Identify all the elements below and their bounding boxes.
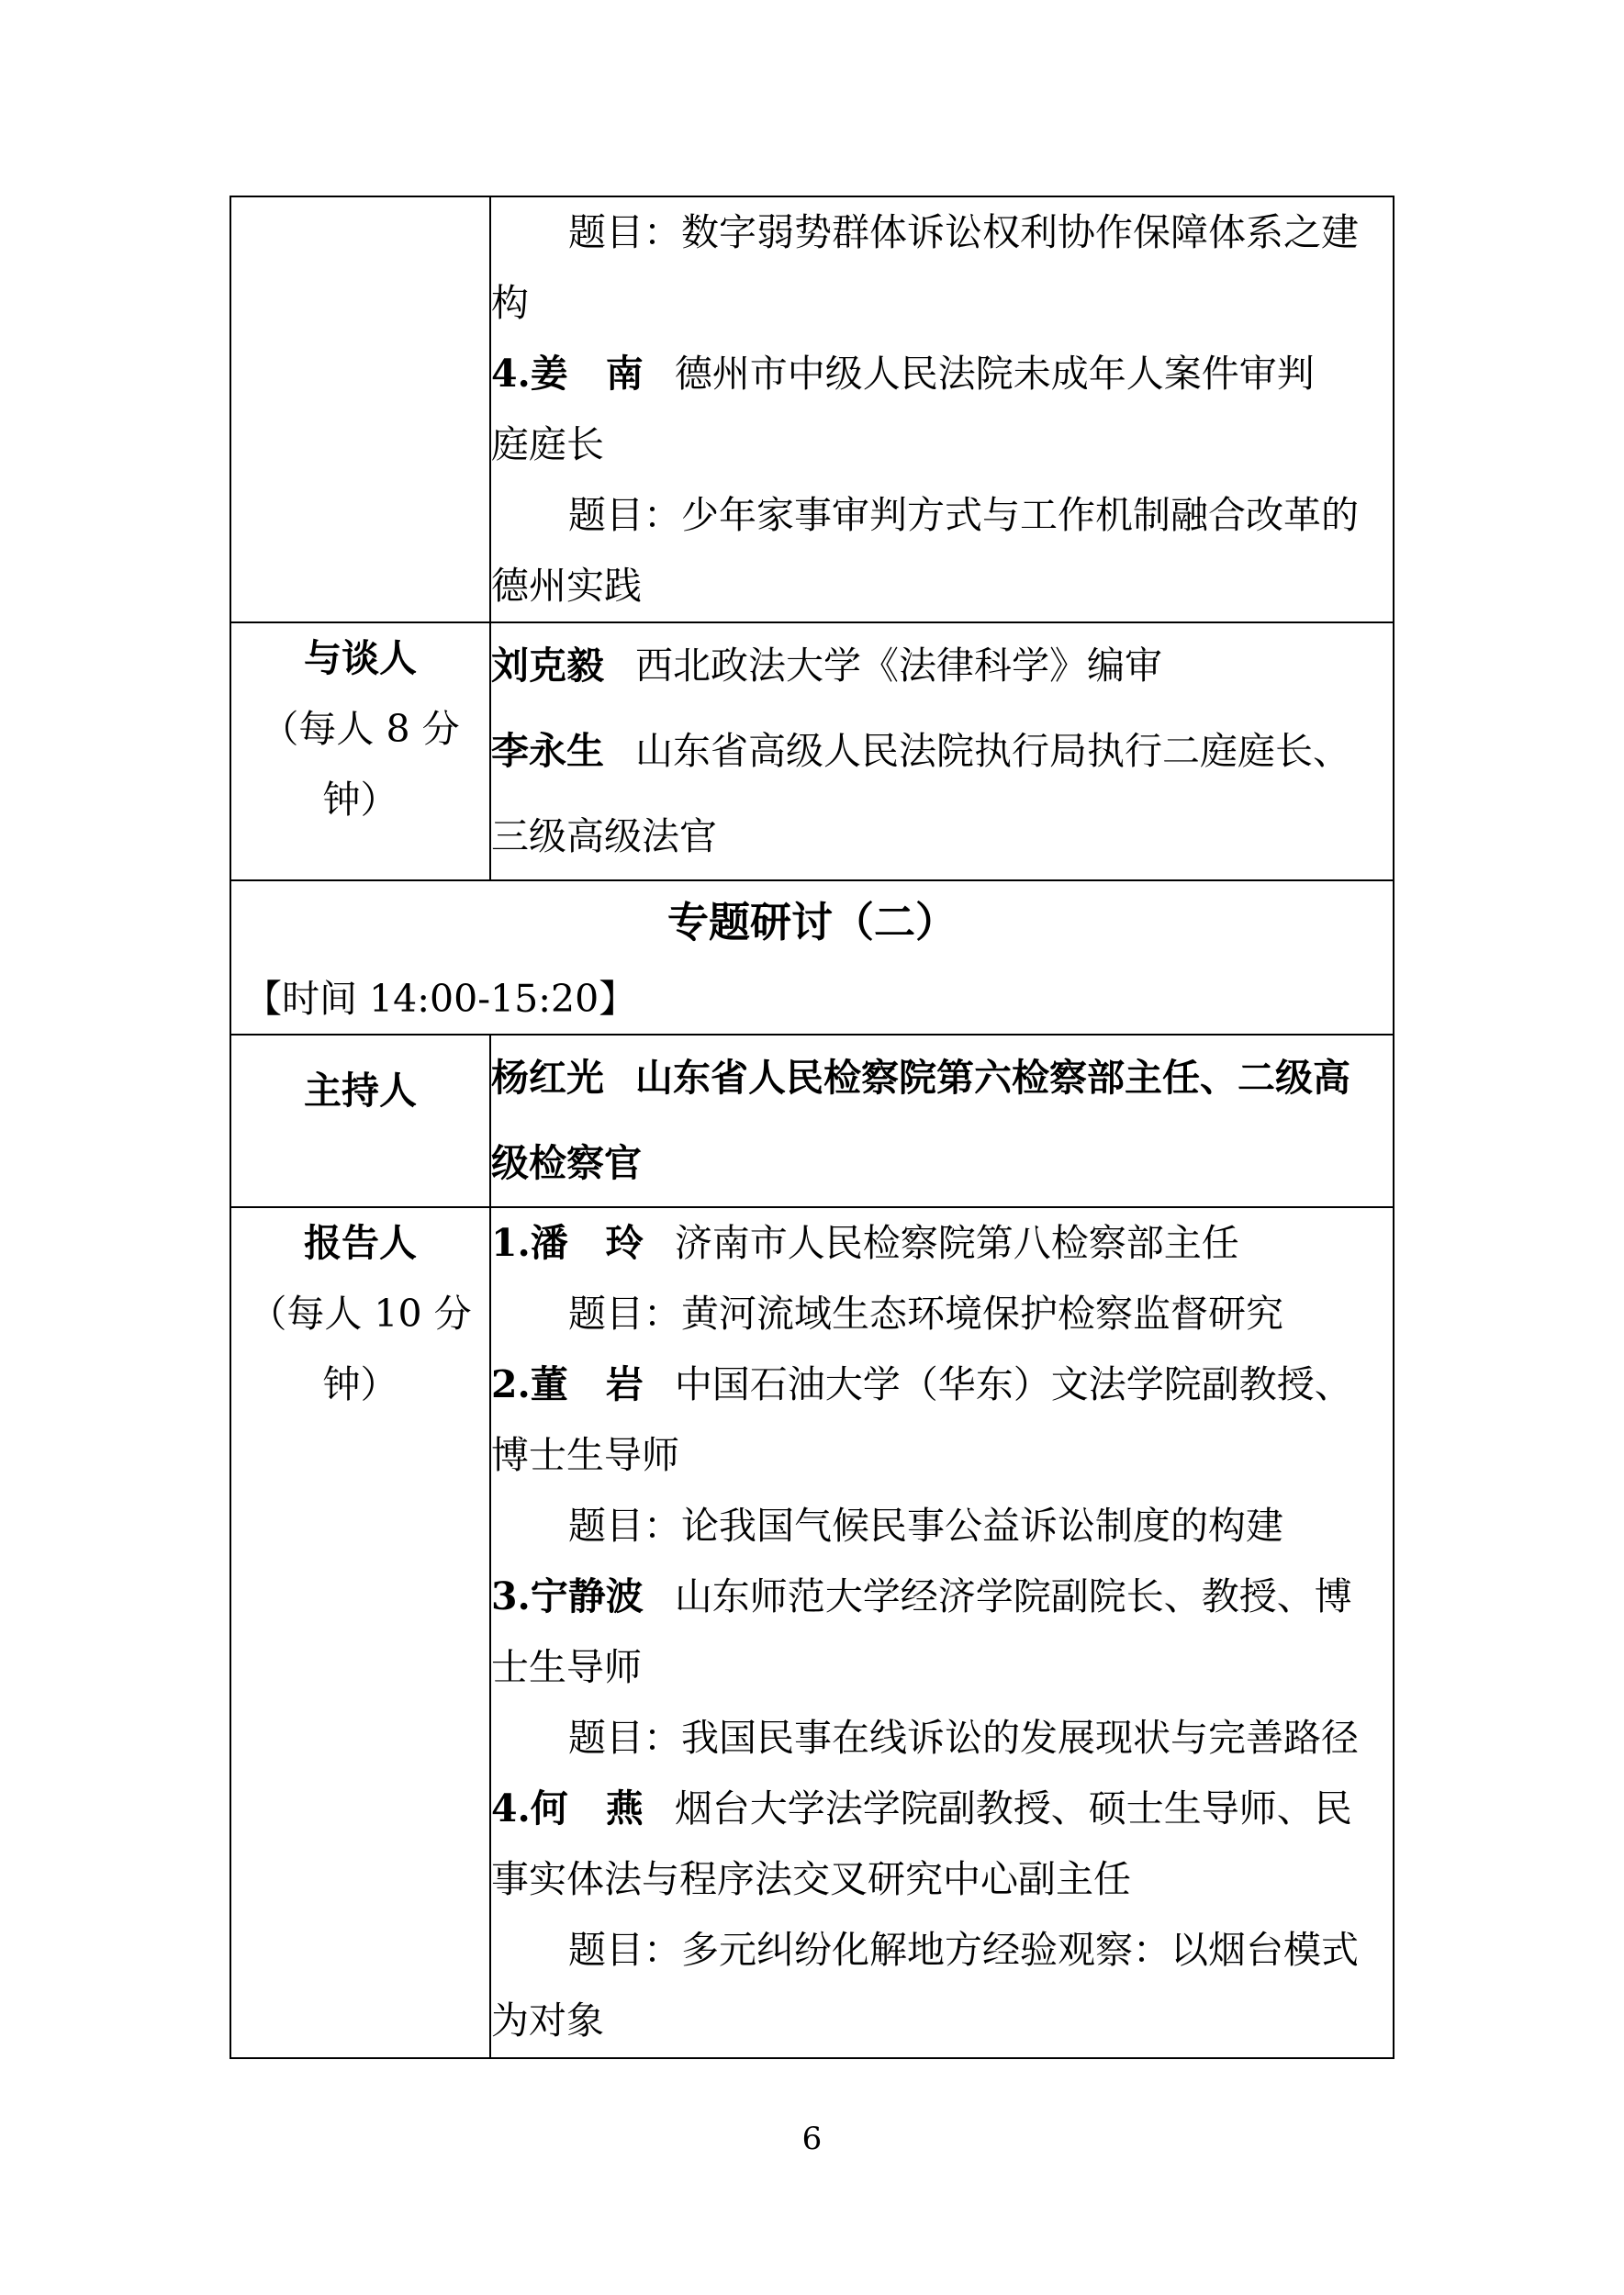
moderator-row: 主持人 杨红光山东省人民检察院第六检察部主任、二级高 级检察官 xyxy=(230,1035,1394,1207)
line-text: 事实体法与程序法交叉研究中心副主任 xyxy=(491,1857,1131,1901)
discussants-content-cell: 刘克毅西北政法大学《法律科学》编审 李永生山东省高级人民法院执行局执行二庭庭长、… xyxy=(490,622,1394,880)
moderator-line-continuation: 级检察官 xyxy=(491,1121,1393,1206)
line-text: 烟台大学法学院副教授、硕士生导师、民 xyxy=(675,1786,1352,1830)
line-text: 西北政法大学《法律科学》编审 xyxy=(635,644,1162,688)
session-header-cell: 专题研讨（二） 【时间 14:00-15:20】 xyxy=(230,880,1394,1035)
line-text: 山东师范大学经济学院副院长、教授、博 xyxy=(675,1574,1352,1618)
discussants-row: 与谈人 （每人 8 分 钟） 刘克毅西北政法大学《法律科学》编审 李永生山东省高… xyxy=(230,622,1394,880)
topic-line: 题目：我国民事在线诉讼的发展现状与完善路径 xyxy=(491,1703,1393,1774)
moderator-name: 杨红光 xyxy=(491,1056,604,1100)
role-label-note: 钟） xyxy=(231,1349,489,1420)
presenters-content-cell: 1.潘 玲济南市人民检察院第八检察部主任 题目：黄河流域生态环境保护检察监督研究… xyxy=(490,1207,1394,2058)
role-label: 报告人 xyxy=(231,1208,489,1279)
line-text: 德州市中级人民法院未成年人案件审判 xyxy=(675,352,1315,396)
role-label-note: 钟） xyxy=(231,765,489,835)
topic-line: 题目：多元纠纷化解地方经验观察：以烟台模式 xyxy=(491,1915,1393,1986)
line-text: 山东省人民检察院第六检察部主任、二级高 xyxy=(635,1056,1350,1100)
agenda-table: 题目：数字弱势群体诉讼权利协作保障体系之建 构 4.姜 南德州市中级人民法院未成… xyxy=(230,196,1394,2059)
line-text: 题目：数字弱势群体诉讼权利协作保障体系之建 xyxy=(568,210,1359,254)
presenter-line-continuation: 士生导师 xyxy=(491,1632,1393,1703)
moderator-content-cell: 杨红光山东省人民检察院第六检察部主任、二级高 级检察官 xyxy=(490,1035,1394,1207)
discussant-name: 李永生 xyxy=(491,729,604,773)
session-time: 【时间 14:00-15:20】 xyxy=(231,964,1393,1034)
moderator-line: 杨红光山东省人民检察院第六检察部主任、二级高 xyxy=(491,1036,1393,1121)
topic-line: 题目：论我国气候民事公益诉讼制度的构建 xyxy=(491,1491,1393,1562)
carryover-row: 题目：数字弱势群体诉讼权利协作保障体系之建 构 4.姜 南德州市中级人民法院未成… xyxy=(230,196,1394,622)
discussant-line-continuation: 三级高级法官 xyxy=(491,794,1393,879)
line-text: 济南市人民检察院第八检察部主任 xyxy=(675,1221,1239,1265)
presenter-line: 2.董 岩中国石油大学（华东）文法学院副教授、 xyxy=(491,1349,1393,1420)
line-text: 三级高级法官 xyxy=(491,814,717,858)
line-text: 题目：少年家事审判方式与工作机制融合改革的 xyxy=(568,493,1359,537)
presenters-label-cell: 报告人 （每人 10 分 钟） xyxy=(230,1207,490,2058)
line-text: 庭庭长 xyxy=(491,422,604,466)
topic-line-continuation: 构 xyxy=(491,268,1393,339)
page-number: 6 xyxy=(0,2121,1624,2157)
presenter-name: 4.何 燕 xyxy=(491,1786,644,1830)
role-label: 主持人 xyxy=(231,1056,489,1126)
presenter-line: 4.何 燕烟台大学法学院副教授、硕士生导师、民 xyxy=(491,1774,1393,1844)
line-text: 题目：我国民事在线诉讼的发展现状与完善路径 xyxy=(568,1716,1359,1760)
session-title: 专题研讨（二） xyxy=(231,881,1393,964)
topic-line-continuation: 为对象 xyxy=(491,1986,1393,2056)
presenter-line-continuation: 庭庭长 xyxy=(491,409,1393,480)
role-label-note: （每人 10 分 xyxy=(231,1279,489,1349)
presenter-line-continuation: 博士生导师 xyxy=(491,1420,1393,1491)
presenter-name: 2.董 岩 xyxy=(491,1362,644,1406)
line-text: 博士生导师 xyxy=(491,1433,679,1477)
line-text: 级检察官 xyxy=(491,1141,642,1185)
line-text: 中国石油大学（华东）文法学院副教授、 xyxy=(675,1362,1352,1406)
document-page: 题目：数字弱势群体诉讼权利协作保障体系之建 构 4.姜 南德州市中级人民法院未成… xyxy=(0,0,1624,2295)
line-text: 题目：黄河流域生态环境保护检察监督研究 xyxy=(568,1292,1283,1336)
topic-line: 题目：少年家事审判方式与工作机制融合改革的 xyxy=(491,480,1393,551)
line-text: 题目：多元纠纷化解地方经验观察：以烟台模式 xyxy=(568,1928,1359,1972)
discussant-line: 李永生山东省高级人民法院执行局执行二庭庭长、 xyxy=(491,709,1393,794)
presenter-line: 3.宁静波山东师范大学经济学院副院长、教授、博 xyxy=(491,1562,1393,1632)
presenter-line-continuation: 事实体法与程序法交叉研究中心副主任 xyxy=(491,1844,1393,1915)
topic-line-continuation: 德州实践 xyxy=(491,551,1393,621)
session-header-row: 专题研讨（二） 【时间 14:00-15:20】 xyxy=(230,880,1394,1035)
line-text: 构 xyxy=(491,281,529,325)
line-text: 为对象 xyxy=(491,1998,604,2043)
discussant-line: 刘克毅西北政法大学《法律科学》编审 xyxy=(491,623,1393,709)
role-label-note: （每人 8 分 xyxy=(231,694,489,765)
line-text: 山东省高级人民法院执行局执行二庭庭长、 xyxy=(635,729,1350,773)
line-text: 士生导师 xyxy=(491,1645,642,1689)
line-text: 德州实践 xyxy=(491,564,642,608)
topic-line: 题目：黄河流域生态环境保护检察监督研究 xyxy=(491,1279,1393,1349)
presenter-name: 4.姜 南 xyxy=(491,352,644,396)
role-label: 与谈人 xyxy=(231,623,489,694)
discussants-label-cell: 与谈人 （每人 8 分 钟） xyxy=(230,622,490,880)
discussant-name: 刘克毅 xyxy=(491,644,604,688)
topic-line: 题目：数字弱势群体诉讼权利协作保障体系之建 xyxy=(491,197,1393,268)
presenter-name: 1.潘 玲 xyxy=(491,1221,644,1265)
presenter-name: 3.宁静波 xyxy=(491,1574,644,1618)
line-text: 题目：论我国气候民事公益诉讼制度的构建 xyxy=(568,1504,1283,1548)
presenter-line: 1.潘 玲济南市人民检察院第八检察部主任 xyxy=(491,1208,1393,1279)
presenters-row: 报告人 （每人 10 分 钟） 1.潘 玲济南市人民检察院第八检察部主任 题目：… xyxy=(230,1207,1394,2058)
carryover-label-cell xyxy=(230,196,490,622)
presenter-line: 4.姜 南德州市中级人民法院未成年人案件审判 xyxy=(491,339,1393,409)
moderator-label-cell: 主持人 xyxy=(230,1035,490,1207)
carryover-content-cell: 题目：数字弱势群体诉讼权利协作保障体系之建 构 4.姜 南德州市中级人民法院未成… xyxy=(490,196,1394,622)
